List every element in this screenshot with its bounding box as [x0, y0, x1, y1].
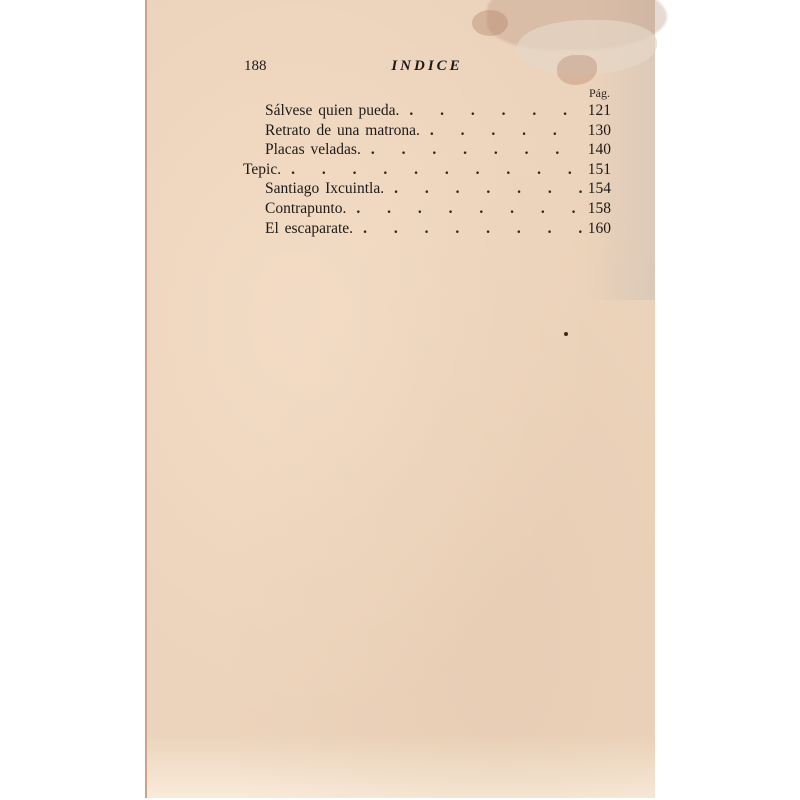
toc-entry-title: Contrapunto. [265, 200, 346, 218]
toc-entry: Tepic. . . . . . . . . . . . . . . . . .… [243, 161, 611, 181]
water-stain [487, 0, 667, 50]
running-head: INDICE [327, 58, 527, 75]
dot-leader: . . . . . . . . . . . . . . . . . . . . … [430, 122, 583, 140]
table-of-contents: Sálvese quien pueda. . . . . . . . . . .… [243, 102, 611, 239]
toc-entry: Sálvese quien pueda. . . . . . . . . . .… [243, 102, 611, 122]
toc-entry: Retrato de una matrona. . . . . . . . . … [243, 122, 611, 142]
toc-entry-page: 158 [583, 200, 611, 218]
toc-entry-title: El escaparate. [265, 220, 353, 238]
toc-entry-title: Santiago Ixcuintla. [265, 180, 384, 198]
dot-leader: . . . . . . . . . . . . . . . . . . . . … [394, 180, 583, 198]
toc-entry-title: Sálvese quien pueda. [265, 102, 399, 120]
book-page: 188 INDICE Pág. Sálvese quien pueda. . .… [145, 0, 655, 798]
ink-speck [564, 332, 568, 336]
toc-entry-page: 121 [583, 102, 611, 120]
toc-entry-title: Placas veladas. [265, 141, 361, 159]
toc-entry-page: 130 [583, 122, 611, 140]
toc-entry: Placas veladas. . . . . . . . . . . . . … [243, 141, 611, 161]
page-number: 188 [244, 58, 267, 75]
water-stain-light [517, 20, 657, 75]
water-stain-spot [472, 10, 508, 36]
toc-entry-page: 160 [583, 220, 611, 238]
toc-entry-page: 154 [583, 180, 611, 198]
dot-leader: . . . . . . . . . . . . . . . . . . . . … [371, 141, 583, 159]
dot-leader: . . . . . . . . . . . . . . . . . . . . … [291, 161, 583, 179]
dot-leader: . . . . . . . . . . . . . . . . . . . . … [356, 200, 583, 218]
page-column-label: Pág. [589, 86, 610, 101]
toc-entry-page: 140 [583, 141, 611, 159]
water-stain-spot [557, 55, 597, 85]
dot-leader: . . . . . . . . . . . . . . . . . . . . … [363, 220, 583, 238]
toc-entry: El escaparate. . . . . . . . . . . . . .… [243, 220, 611, 240]
toc-entry-title: Tepic. [243, 161, 281, 179]
toc-entry-page: 151 [583, 161, 611, 179]
toc-entry-title: Retrato de una matrona. [265, 122, 420, 140]
dot-leader: . . . . . . . . . . . . . . . . . . . . … [409, 102, 583, 120]
toc-entry: Santiago Ixcuintla. . . . . . . . . . . … [243, 180, 611, 200]
toc-entry: Contrapunto. . . . . . . . . . . . . . .… [243, 200, 611, 220]
